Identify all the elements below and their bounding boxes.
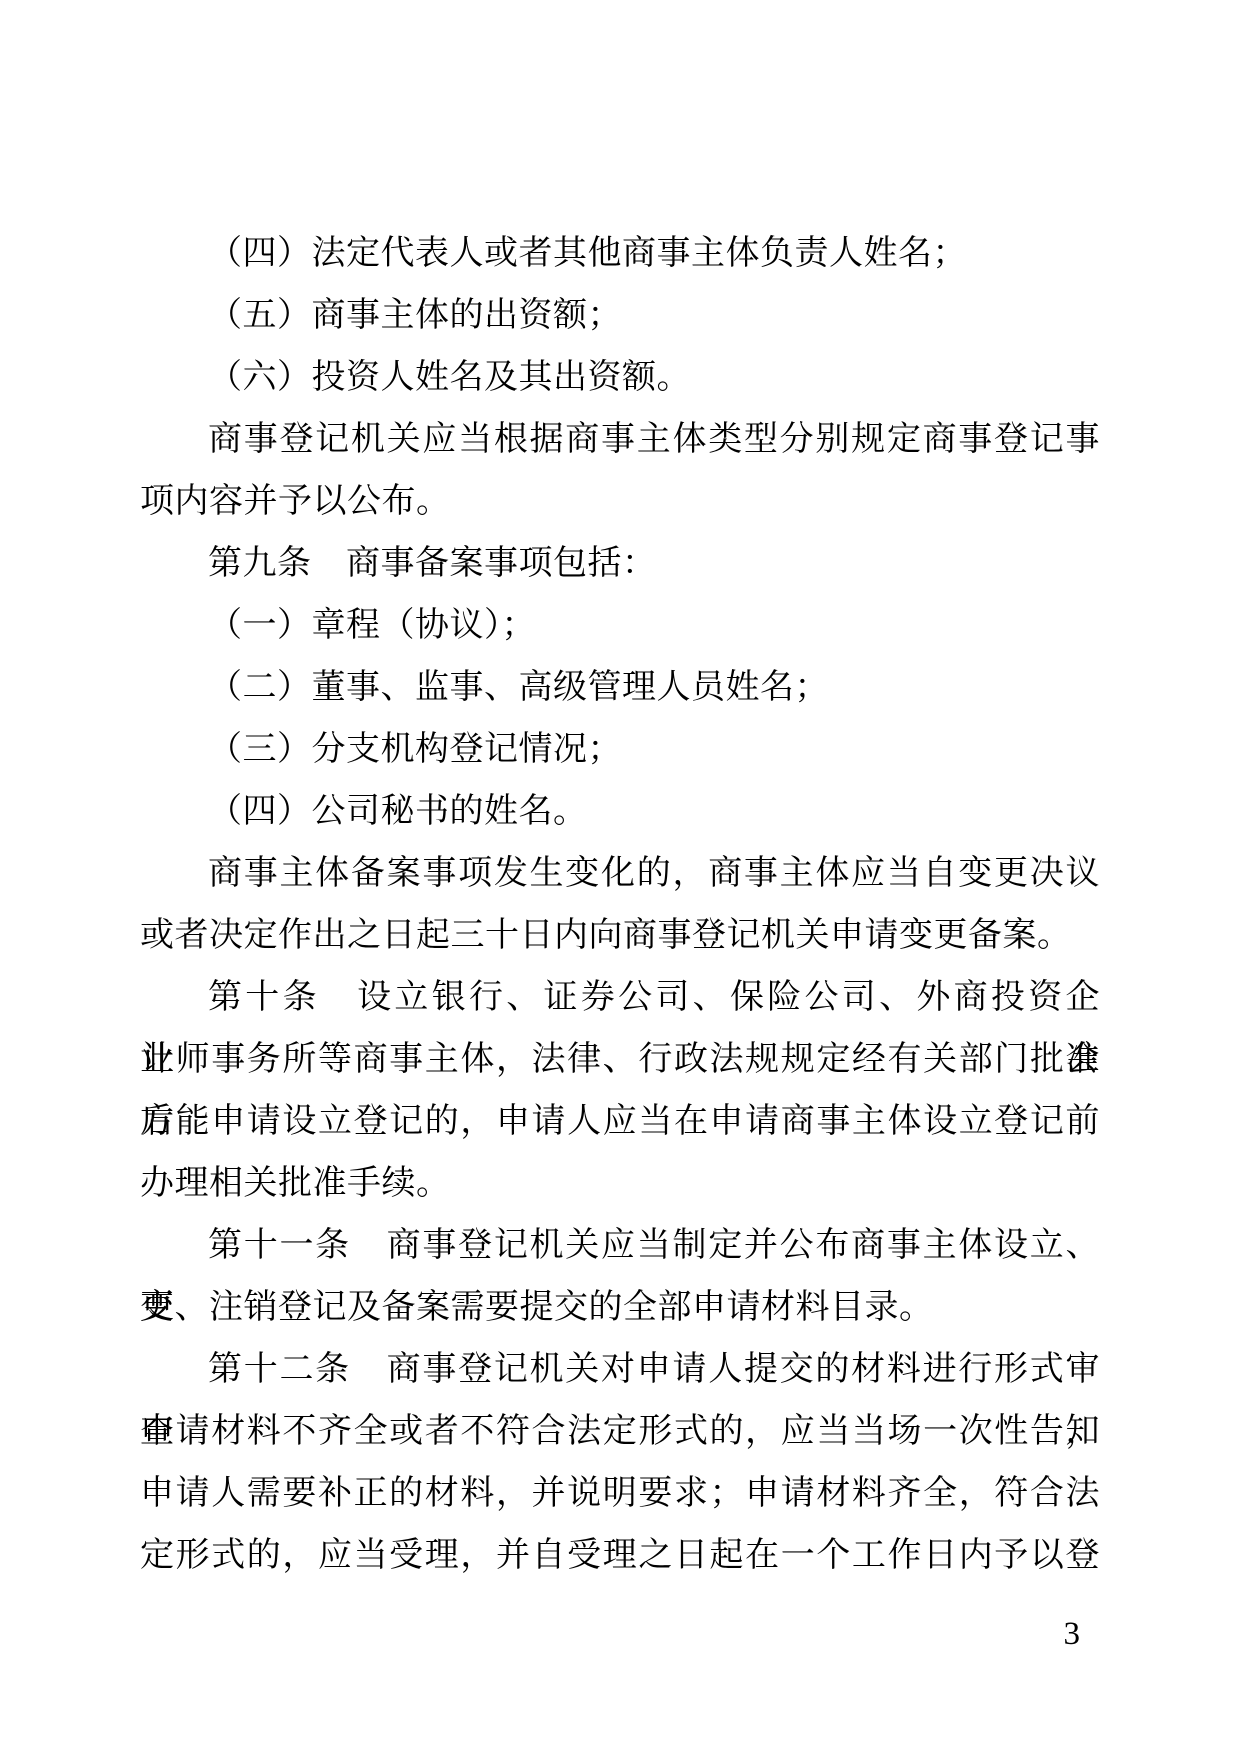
text-line: 办理相关批准手续。 (140, 1152, 1100, 1214)
text-line: 商事主体备案事项发生变化的，商事主体应当自变更决议 (140, 842, 1100, 904)
document-page: （四）法定代表人或者其他商事主体负责人姓名； （五）商事主体的出资额； （六）投… (0, 0, 1240, 1754)
text-line: 定形式的，应当受理，并自受理之日起在一个工作日内予以登 (140, 1524, 1100, 1586)
page-number: 3 (1064, 1612, 1081, 1656)
text-line: （三）分支机构登记情况； (140, 718, 1100, 780)
text-line: 第十二条 商事登记机关对申请人提交的材料进行形式审查， (140, 1338, 1100, 1400)
text-line: （四）公司秘书的姓名。 (140, 780, 1100, 842)
text-line: 商事登记机关应当根据商事主体类型分别规定商事登记事 (140, 408, 1100, 470)
text-line: 第九条 商事备案事项包括： (140, 532, 1100, 594)
text-line: 申请材料不齐全或者不符合法定形式的，应当当场一次性告知 (140, 1400, 1100, 1462)
text-line: 申请人需要补正的材料，并说明要求；申请材料齐全，符合法 (140, 1462, 1100, 1524)
text-line: （二）董事、监事、高级管理人员姓名； (140, 656, 1100, 718)
text-line: 或者决定作出之日起三十日内向商事登记机关申请变更备案。 (140, 904, 1100, 966)
text-line: 项内容并予以公布。 (140, 470, 1100, 532)
text-line: 计师事务所等商事主体，法律、行政法规规定经有关部门批准后 (140, 1028, 1100, 1090)
text-line: 更、注销登记及备案需要提交的全部申请材料目录。 (140, 1276, 1100, 1338)
text-line: 第十一条 商事登记机关应当制定并公布商事主体设立、变 (140, 1214, 1100, 1276)
text-line: 方能申请设立登记的，申请人应当在申请商事主体设立登记前 (140, 1090, 1100, 1152)
text-line: （四）法定代表人或者其他商事主体负责人姓名； (140, 222, 1100, 284)
text-line: （五）商事主体的出资额； (140, 284, 1100, 346)
text-line: 第十条 设立银行、证券公司、保险公司、外商投资企业、会 (140, 966, 1100, 1028)
document-body: （四）法定代表人或者其他商事主体负责人姓名； （五）商事主体的出资额； （六）投… (140, 222, 1100, 1586)
text-line: （一）章程（协议）； (140, 594, 1100, 656)
text-line: （六）投资人姓名及其出资额。 (140, 346, 1100, 408)
